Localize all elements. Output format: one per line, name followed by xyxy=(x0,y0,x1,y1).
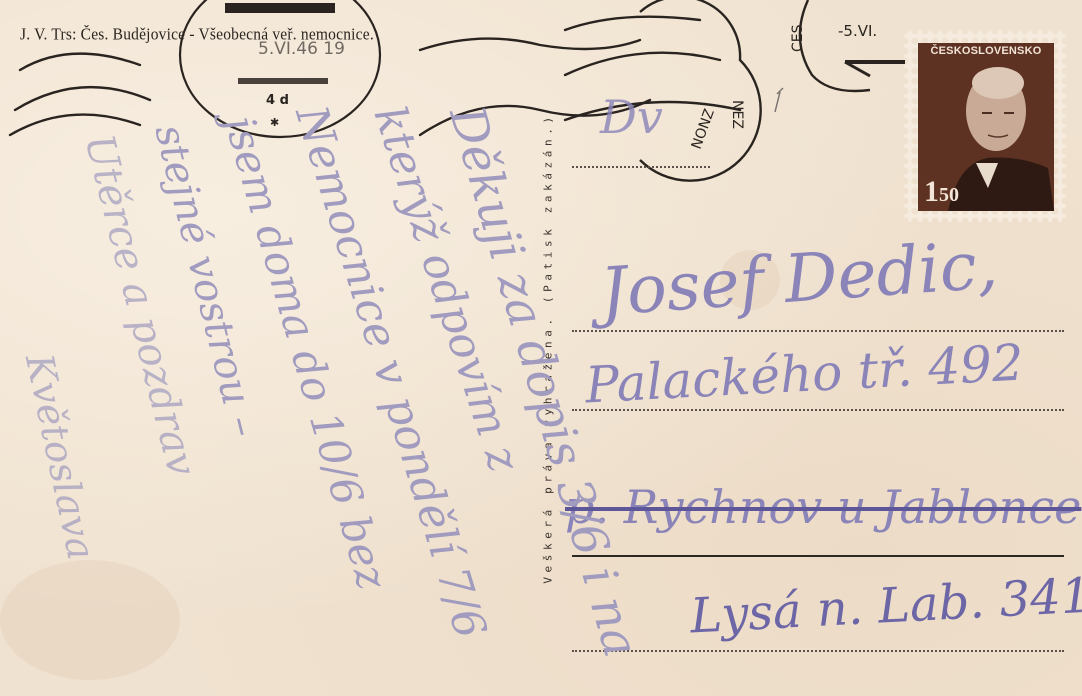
publisher-caption: J. V. Trs: Čes. Budějovice - Všeobecná v… xyxy=(20,25,374,45)
address-line-1 xyxy=(572,330,1064,332)
stamp-image: ČESKOSLOVENSKO 150 xyxy=(918,43,1054,211)
paper-stain xyxy=(0,560,180,680)
address-line-short xyxy=(572,166,710,168)
pencil-signature: Dv xyxy=(600,90,663,144)
stamp-value: 150 xyxy=(924,175,959,209)
crossed-out-town: p. Rychnov u Jablonce xyxy=(565,480,1081,534)
address-line-3 xyxy=(572,555,1064,557)
address-line-4 xyxy=(572,650,1064,652)
